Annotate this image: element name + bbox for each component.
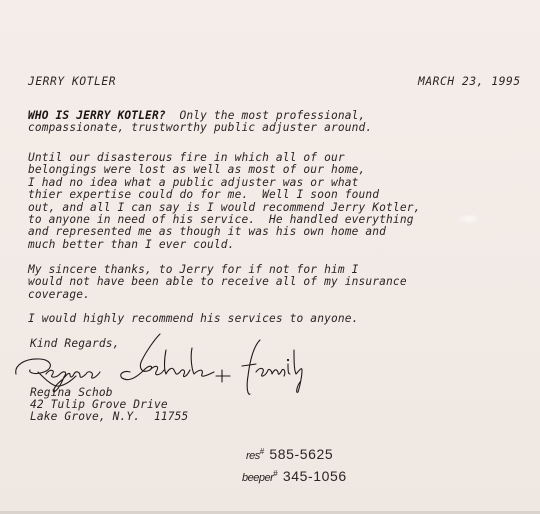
- text-line: to anyone in need of his service. He han…: [28, 213, 414, 226]
- sender-street: 42 Tulip Grove Drive: [30, 398, 168, 411]
- sender-name: Regina Schob: [30, 386, 113, 399]
- body-paragraph-2: Until our disasterous fire in which all …: [28, 152, 420, 251]
- letter-date: MARCH 23, 1995: [418, 76, 521, 88]
- text-line: Until our disasterous fire in which all …: [28, 151, 345, 164]
- text-line: out, and all I can say is I would recomm…: [28, 201, 420, 214]
- text-line: I had no idea what a public adjuster was…: [28, 176, 359, 189]
- paper-smudge: [456, 213, 482, 225]
- note-mark: #: [273, 469, 278, 478]
- text-line: thier expertise could do for me. Well I …: [28, 188, 379, 201]
- body-paragraph-4: I would highly recommend his services to…: [28, 313, 359, 325]
- intro-paragraph: WHO IS JERRY KOTLER? Only the most profe…: [28, 110, 372, 135]
- sender-city: Lake Grove, N.Y. 11755: [30, 410, 188, 423]
- text-line: would not have been able to receive all …: [28, 275, 407, 288]
- text-line: much better than I ever could.: [28, 238, 235, 251]
- intro-line-1: Only the most professional,: [166, 109, 366, 122]
- text-line: My sincere thanks, to Jerry for if not f…: [28, 263, 359, 276]
- text-line: belongings were lost as well as most of …: [28, 163, 365, 176]
- letterhead-name: JERRY KOTLER: [28, 76, 116, 88]
- text-line: coverage.: [28, 288, 90, 301]
- sender-address: Regina Schob 42 Tulip Grove Drive Lake G…: [30, 387, 188, 424]
- intro-headline: WHO IS JERRY KOTLER?: [28, 109, 166, 122]
- note-mark: #: [260, 447, 265, 456]
- note-number: 585-5625: [269, 446, 333, 462]
- note-label: beeper: [242, 472, 273, 484]
- note-label: res: [246, 450, 260, 462]
- note-number: 345-1056: [283, 468, 347, 484]
- text-line: and represented me as though it was his …: [28, 225, 386, 238]
- handwritten-note-res: res# 585-5625: [246, 446, 333, 462]
- intro-line-2: compassionate, trustworthy public adjust…: [28, 121, 372, 134]
- handwritten-note-beeper: beeper# 345-1056: [242, 468, 347, 484]
- body-paragraph-3: My sincere thanks, to Jerry for if not f…: [28, 264, 407, 301]
